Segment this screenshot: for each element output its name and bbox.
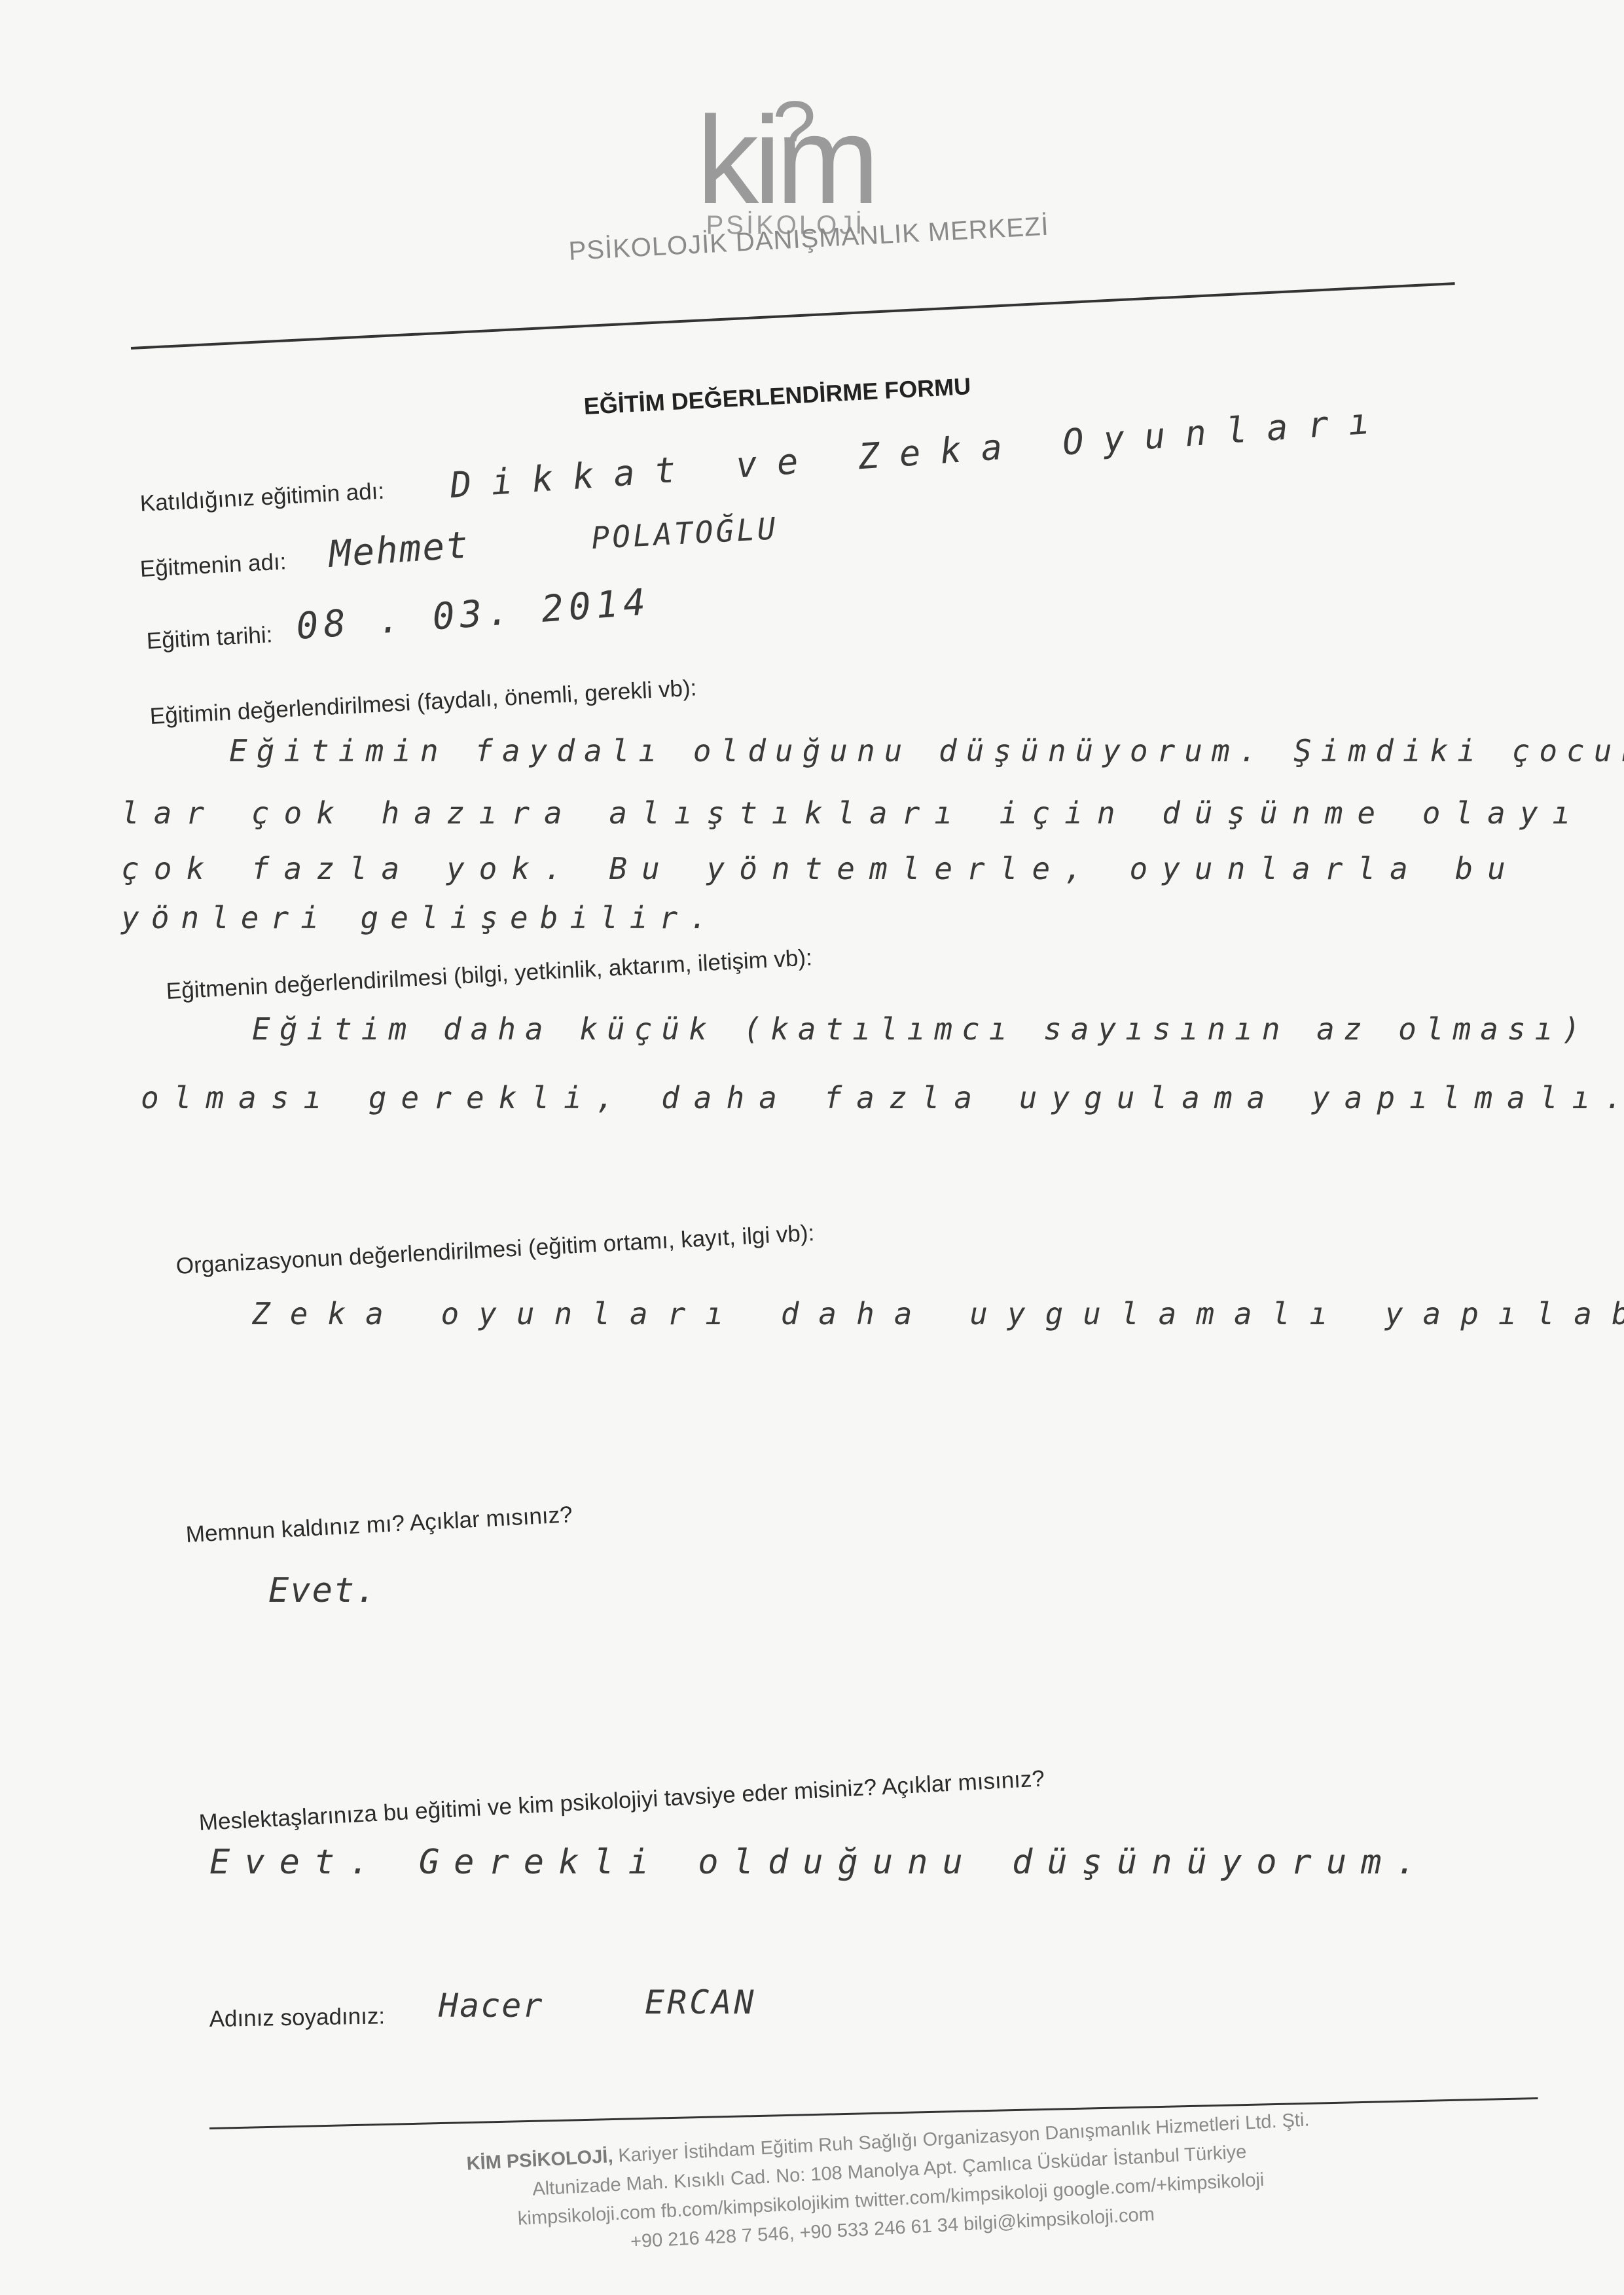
section-recommend: Meslektaşlarınıza bu eğitimi ve kim psik… — [198, 1765, 1045, 1836]
section-trainer-eval: Eğitmenin değerlendirilmesi (bilgi, yetk… — [166, 945, 813, 1005]
participant-last-name[interactable]: ERCAN — [645, 1983, 757, 2021]
trainer-eval-line-1[interactable]: Eğitim daha küçük (katılımcı sayısının a… — [252, 1011, 1589, 1047]
training-eval-line-2[interactable]: lar çok hazıra alıştıkları için düşünme … — [121, 795, 1585, 831]
trainer-first-name-value[interactable]: Mehmet — [327, 524, 470, 576]
trainer-last-name-value[interactable]: POLATOĞLU — [590, 511, 779, 556]
field-training-date: Eğitim tarihi: — [146, 622, 273, 655]
footer-company: KİM PSİKOLOJİ, — [466, 2146, 613, 2175]
scanned-form-page: ? kim PSİKOLOJİ PSİKOLOJİK DANIŞMANLIK M… — [0, 0, 1624, 2295]
training-eval-label: Eğitimin değerlendirilmesi (faydalı, öne… — [149, 675, 697, 729]
section-satisfaction: Memnun kaldınız mı? Açıklar mısınız? — [185, 1502, 573, 1548]
training-eval-line-3[interactable]: çok fazla yok. Bu yöntemlerle, oyunlarla… — [121, 851, 1520, 886]
participant-name-label: Adınız soyadınız: — [209, 2003, 385, 2032]
training-eval-line-4[interactable]: yönleri gelişebilir. — [121, 900, 719, 935]
field-trainer-name: Eğitmenin adı: — [139, 549, 287, 583]
org-eval-line-1[interactable]: Zeka oyunları daha uygulamalı yapılabili… — [252, 1296, 1624, 1331]
form-title: EĞİTİM DEĞERLENDİRME FORMU — [583, 372, 971, 420]
training-date-value[interactable]: 08 . 03. 2014 — [295, 581, 652, 648]
section-org-eval: Organizasyonun değerlendirilmesi (eğitim… — [175, 1220, 815, 1280]
trainer-name-label: Eğitmenin adı: — [139, 549, 287, 582]
logo-question-mark: ? — [772, 84, 816, 174]
trainer-eval-line-2[interactable]: olması gerekli, daha fazla uygulama yapı… — [141, 1080, 1624, 1115]
recommend-label: Meslektaşlarınıza bu eğitimi ve kim psik… — [198, 1765, 1045, 1835]
training-eval-line-1[interactable]: Eğitimin faydalı olduğunu düşünüyorum. Ş… — [229, 733, 1624, 768]
section-training-eval: Eğitimin değerlendirilmesi (faydalı, öne… — [149, 675, 697, 730]
header-divider — [131, 282, 1455, 350]
trainer-eval-label: Eğitmenin değerlendirilmesi (bilgi, yetk… — [166, 945, 813, 1004]
field-participant-name: Adınız soyadınız: — [209, 2003, 385, 2033]
recommend-answer[interactable]: Evet. Gerekli olduğunu düşünüyorum. — [209, 1843, 1431, 1882]
kim-psikoloji-logo: ? kim PSİKOLOJİ — [694, 111, 877, 240]
training-date-label: Eğitim tarihi: — [146, 622, 273, 654]
footer: KİM PSİKOLOJİ, Kariyer İstihdam Eğitim R… — [390, 2101, 1390, 2268]
participant-first-name[interactable]: Hacer — [439, 1987, 544, 2025]
training-name-label: Katıldığınız eğitimin adı: — [139, 479, 385, 516]
satisfaction-label: Memnun kaldınız mı? Açıklar mısınız? — [185, 1502, 573, 1547]
org-eval-label: Organizasyonun değerlendirilmesi (eğitim… — [175, 1220, 815, 1279]
satisfaction-answer[interactable]: Evet. — [268, 1571, 378, 1610]
field-training-name: Katıldığınız eğitimin adı: — [139, 479, 385, 517]
